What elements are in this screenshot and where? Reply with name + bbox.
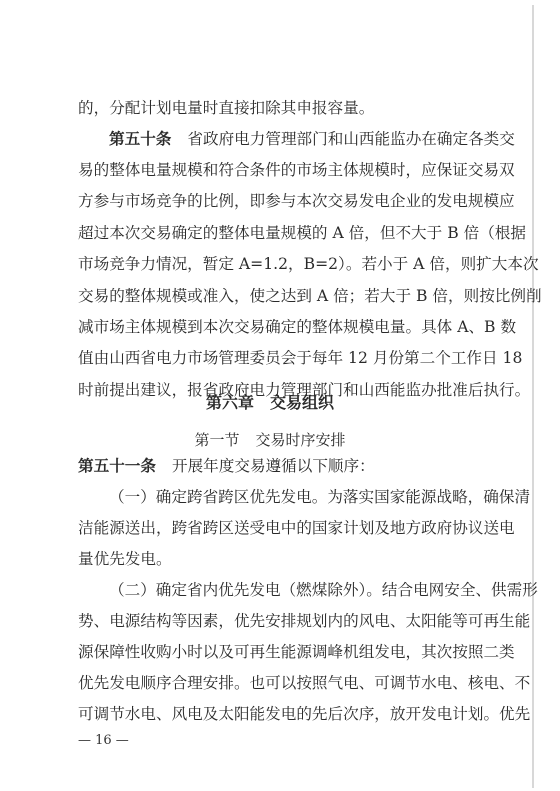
line-text: 省政府电力管理部门和山西能监办在确定各类交: [187, 130, 514, 148]
paragraph-line: 超过本次交易确定的整体电量规模的 A 倍，但不大于 B 倍（根据: [78, 222, 488, 244]
line-text: 量优先发电。: [78, 550, 172, 568]
line-text: 值由山西省电力市场管理委员会于每年 12 月份第二个工作日 18: [78, 349, 522, 367]
paragraph-line: 方参与市场竞争的比例，即参与本次交易发电企业的发电规模应: [78, 190, 488, 212]
paragraph-line: （二）确定省内优先发电（燃煤除外）。结合电网安全、供需形: [109, 579, 488, 601]
line-text: 方参与市场竞争的比例，即参与本次交易发电企业的发电规模应: [78, 192, 515, 210]
line-text: 易的整体电量规模和符合条件的市场主体规模时，应保证交易双: [78, 161, 515, 179]
paragraph-line: 市场竞争力情况，暂定 A=1.2，B=2）。若小于 A 倍，则扩大本次: [78, 253, 488, 275]
line-text: 的，分配计划电量时直接扣除其申报容量。: [78, 99, 374, 117]
paragraph-line: 交易的整体规模或准入，使之达到 A 倍；若大于 B 倍，则按比例削: [78, 285, 488, 307]
article-50-first-line: 第五十条省政府电力管理部门和山西能监办在确定各类交: [109, 128, 488, 150]
line-text: 势、电源结构等因素，优先安排规划内的风电、太阳能等可再生能: [78, 612, 530, 630]
chapter-title: 第六章交易组织: [0, 392, 550, 414]
paragraph-line: 洁能源送出，跨省跨区送受电中的国家计划及地方政府协议送电: [78, 517, 488, 539]
chapter-number: 第六章: [206, 393, 254, 412]
page-number: — 16 —: [78, 732, 129, 750]
paragraph-line: 减市场主体规模到本次交易确定的整体规模电量。具体 A、B 数: [78, 316, 488, 338]
line-text: 可调节水电、风电及太阳能发电的先后次序，放开发电计划。优先: [78, 705, 530, 723]
paragraph-line: 可调节水电、风电及太阳能发电的先后次序，放开发电计划。优先: [78, 703, 488, 725]
section-number: 第一节: [194, 431, 239, 449]
paragraph-line: 势、电源结构等因素，优先安排规划内的风电、太阳能等可再生能: [78, 610, 488, 632]
line-text: 优先发电顺序合理安排。也可以按照气电、可调节水电、核电、不: [78, 674, 530, 692]
line-text: 超过本次交易确定的整体电量规模的 A 倍，但不大于 B 倍（根据: [78, 224, 526, 242]
line-text: 源保障性收购小时以及可再生能源调峰机组发电，其次按照二类: [78, 643, 515, 661]
paragraph-line: （一）确定跨省跨区优先发电。为落实国家能源战略，确保清: [109, 486, 488, 508]
paragraph-line: 量优先发电。: [78, 548, 488, 570]
paragraph-line: 优先发电顺序合理安排。也可以按照气电、可调节水电、核电、不: [78, 672, 488, 694]
paragraph-line: 值由山西省电力市场管理委员会于每年 12 月份第二个工作日 18: [78, 347, 488, 369]
paragraph-line: 易的整体电量规模和符合条件的市场主体规模时，应保证交易双: [78, 159, 488, 181]
line-text: （一）确定跨省跨区优先发电。为落实国家能源战略，确保清: [109, 488, 530, 506]
paragraph-line: 源保障性收购小时以及可再生能源调峰机组发电，其次按照二类: [78, 641, 488, 663]
article-51-heading: 第五十一条: [78, 457, 156, 475]
line-text: 开展年度交易遵循以下顺序：: [172, 457, 375, 475]
paragraph-line: 的，分配计划电量时直接扣除其申报容量。: [78, 97, 488, 119]
line-text: 交易的整体规模或准入，使之达到 A 倍；若大于 B 倍，则按比例削: [78, 287, 542, 305]
section-name: 交易时序安排: [256, 431, 346, 449]
line-text: 减市场主体规模到本次交易确定的整体规模电量。具体 A、B 数: [78, 318, 516, 336]
article-51-first-line: 第五十一条开展年度交易遵循以下顺序：: [78, 455, 488, 477]
section-title: 第一节交易时序安排: [0, 429, 550, 451]
line-text: 市场竞争力情况，暂定 A=1.2，B=2）。若小于 A 倍，则扩大本次: [78, 255, 539, 273]
article-50-heading: 第五十条: [109, 130, 171, 148]
line-text: （二）确定省内优先发电（燃煤除外）。结合电网安全、供需形: [109, 581, 538, 599]
chapter-name: 交易组织: [270, 393, 334, 412]
line-text: 洁能源送出，跨省跨区送受电中的国家计划及地方政府协议送电: [78, 519, 515, 537]
